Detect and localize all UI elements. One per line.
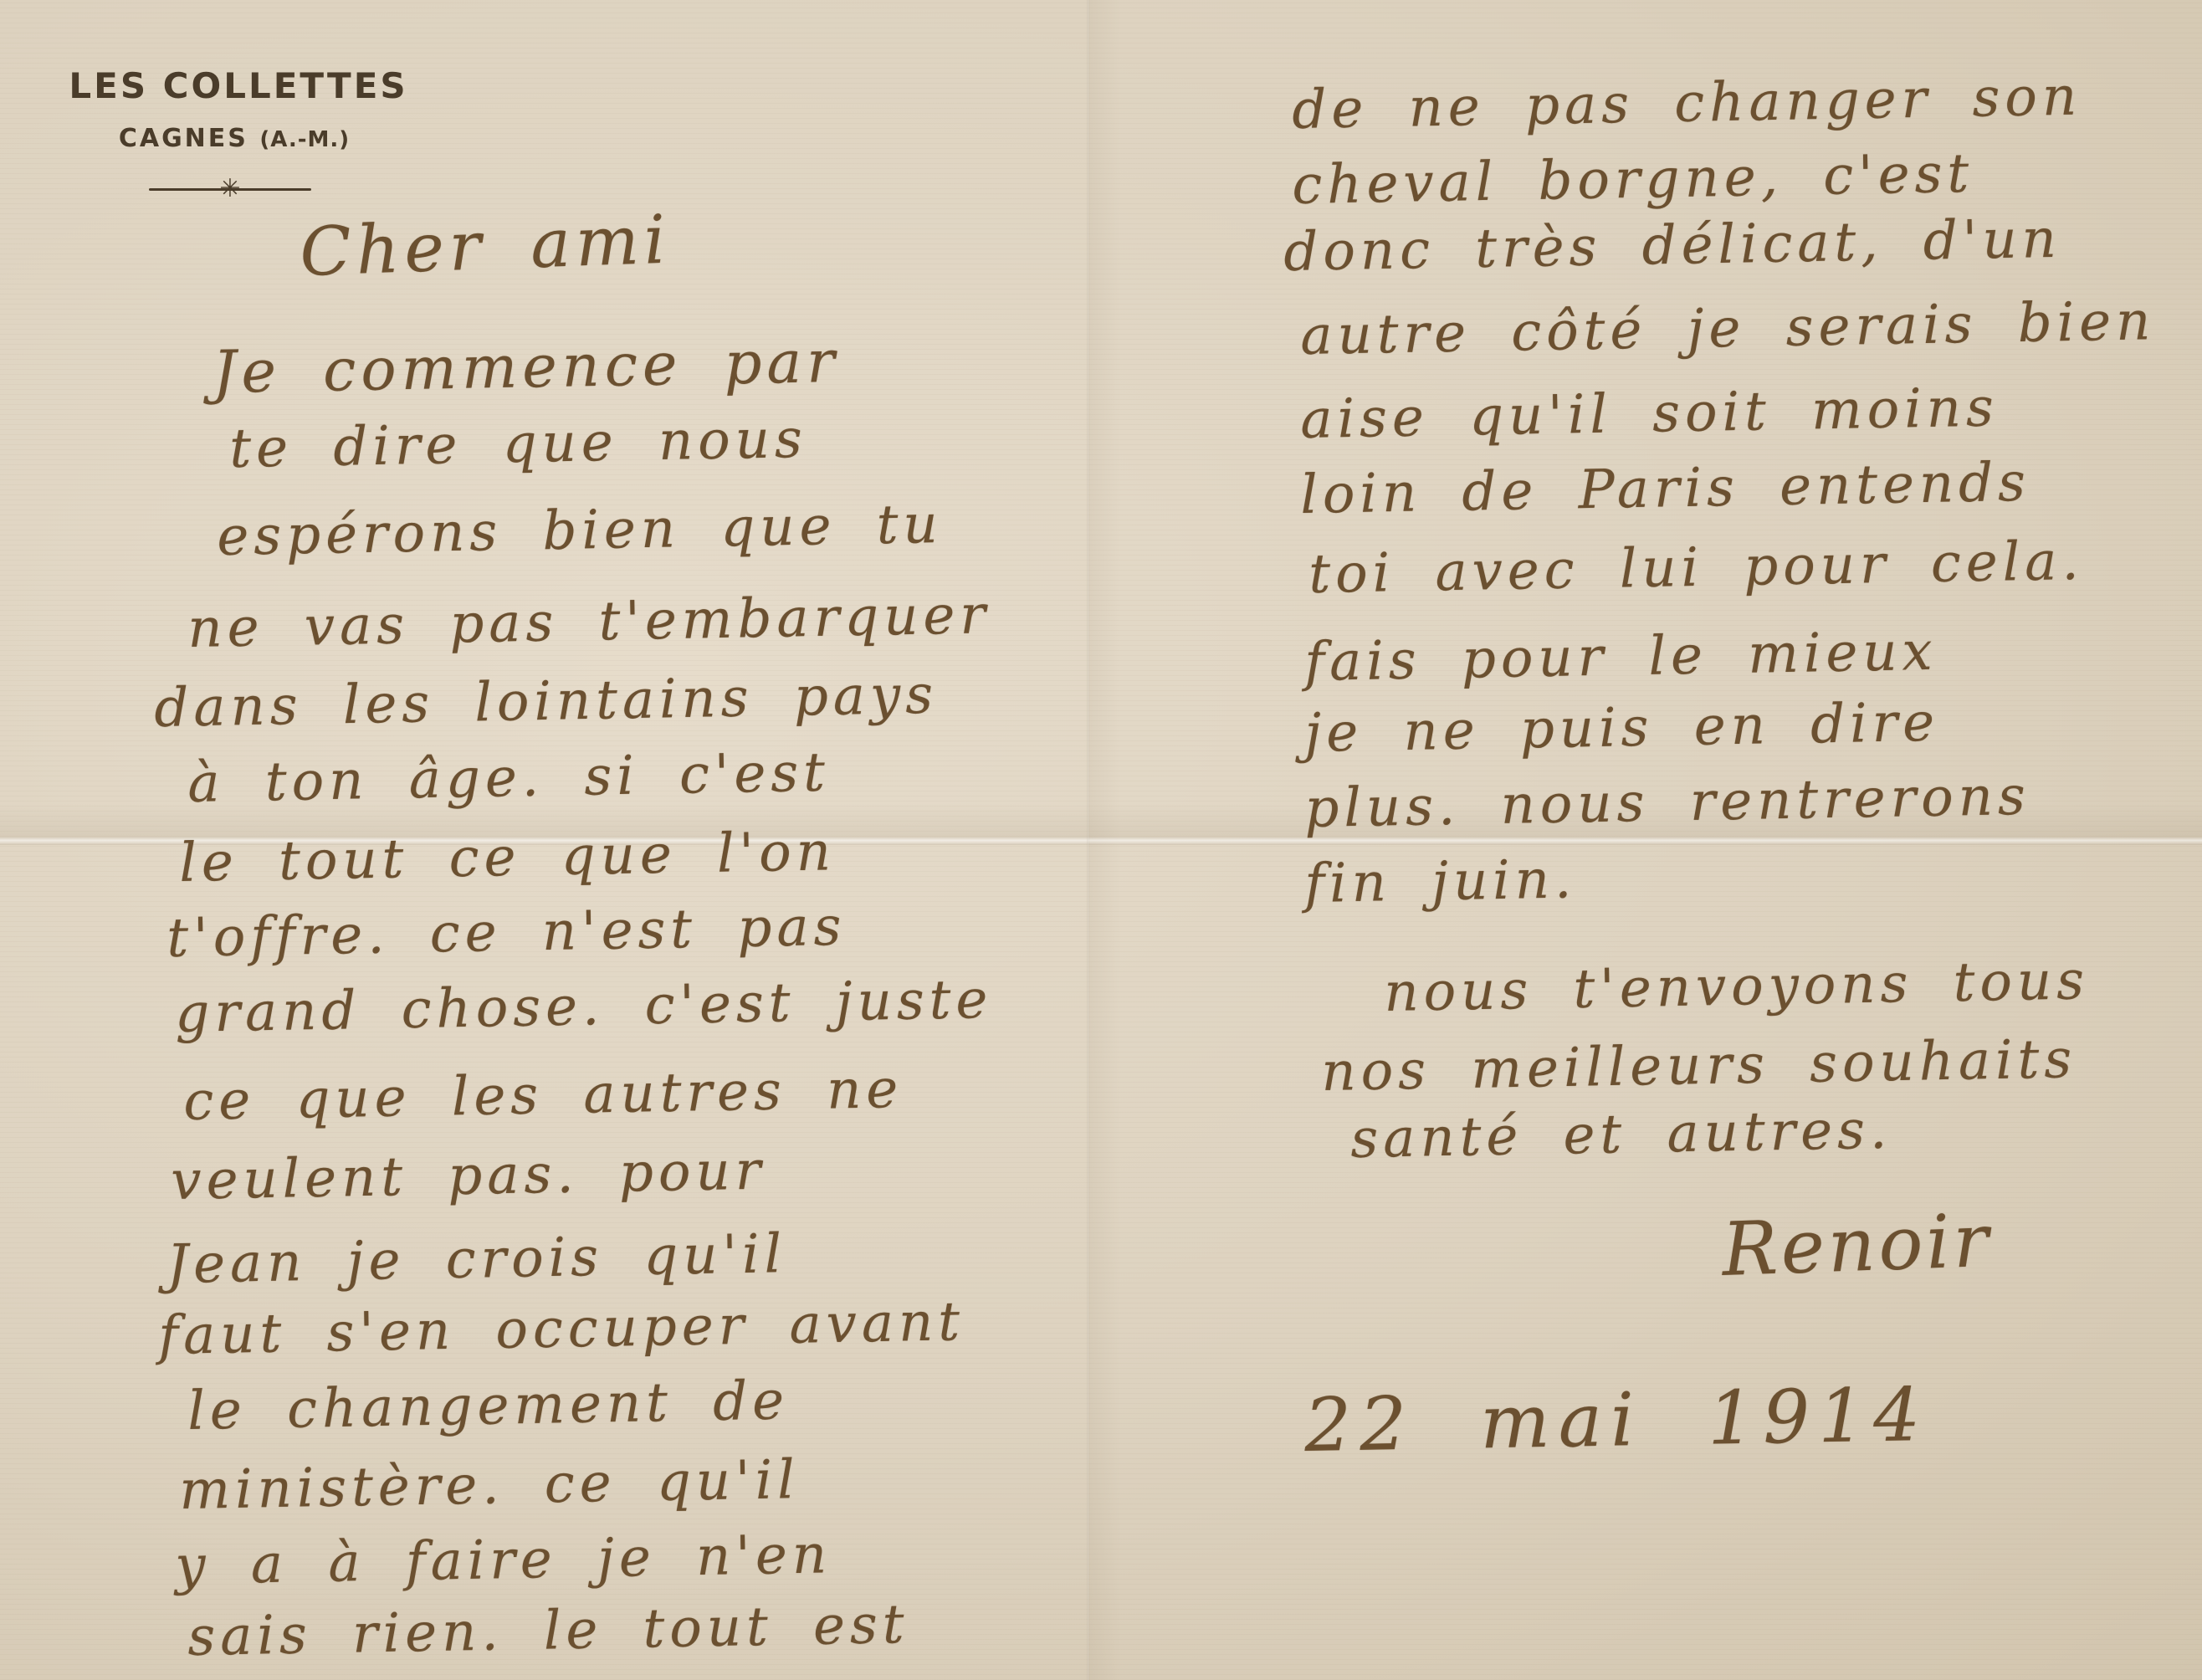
letter-line: de ne pas changer son (1292, 70, 2082, 137)
letter-line: autre côté je serais bien (1300, 295, 2156, 363)
signature: Renoir (1721, 1204, 1993, 1287)
letter-line: loin de Paris entends (1300, 456, 2031, 522)
letter-line: à ton âge. si c'est (187, 746, 831, 811)
closing-line: nos meilleurs souhaits (1321, 1032, 2077, 1099)
asterisk-ornament-icon: ✳ (218, 174, 242, 204)
letter-line: le changement de (187, 1374, 790, 1438)
letter-line: ce que les autres ne (183, 1063, 904, 1129)
letter-line: cheval borgne, c'est (1292, 147, 1974, 213)
letter-line: Jean je crois qu'il (166, 1227, 787, 1292)
letter-line: t'offre. ce n'est pas (166, 900, 847, 965)
letter-line: ne vas pas t'embarquer (187, 588, 991, 656)
letter-date: 22 mai 1914 (1303, 1378, 1928, 1462)
letter-line: Je commence par (213, 332, 840, 402)
letter-line: espérons bien que tu (217, 498, 943, 564)
letter-line: toi avec lui pour cela. (1308, 535, 2084, 602)
letter-line: fais pour le mieux (1304, 625, 1938, 689)
letter-line: sais rien. le tout est (187, 1598, 909, 1664)
letter-line: ministère. ce qu'il (179, 1453, 800, 1518)
letterhead-ornament: ✳ (149, 179, 311, 199)
letter-line: le tout ce que l'on (179, 825, 836, 890)
letterhead-title: LES COLLETTES (46, 65, 431, 106)
letter-line: dans les lointains pays (154, 668, 939, 735)
letter-line: faut s'en occuper avant (158, 1295, 965, 1363)
letterhead-town: CAGNES (119, 124, 248, 153)
letter-line: fin juin. (1304, 853, 1577, 911)
letterhead-location: CAGNES (A.-M.) (92, 124, 376, 153)
closing-line: nous t'envoyons tous (1384, 954, 2090, 1020)
closing-line: santé et autres. (1350, 1104, 1892, 1166)
letter-line: te dire que nous (229, 412, 807, 476)
letter-line: grand chose. c'est juste (175, 973, 993, 1041)
letter-line: je ne puis en dire (1304, 696, 1940, 761)
center-fold-crease (1087, 0, 1089, 1680)
letterhead-region: (A.-M.) (259, 127, 350, 152)
letter-line: veulent pas. pour (171, 1145, 766, 1208)
letter-line: donc très délicat, d'un (1283, 213, 2061, 279)
letter-line: y a à faire je n'en (175, 1528, 832, 1593)
letter-line: plus. nous rentrerons (1304, 770, 2030, 836)
salutation: Cher ami (299, 207, 671, 286)
letter-line: aise qu'il soit moins (1300, 381, 1999, 447)
letter-sheet: LES COLLETTES CAGNES (A.-M.) ✳ Cher ami … (0, 0, 2202, 1680)
